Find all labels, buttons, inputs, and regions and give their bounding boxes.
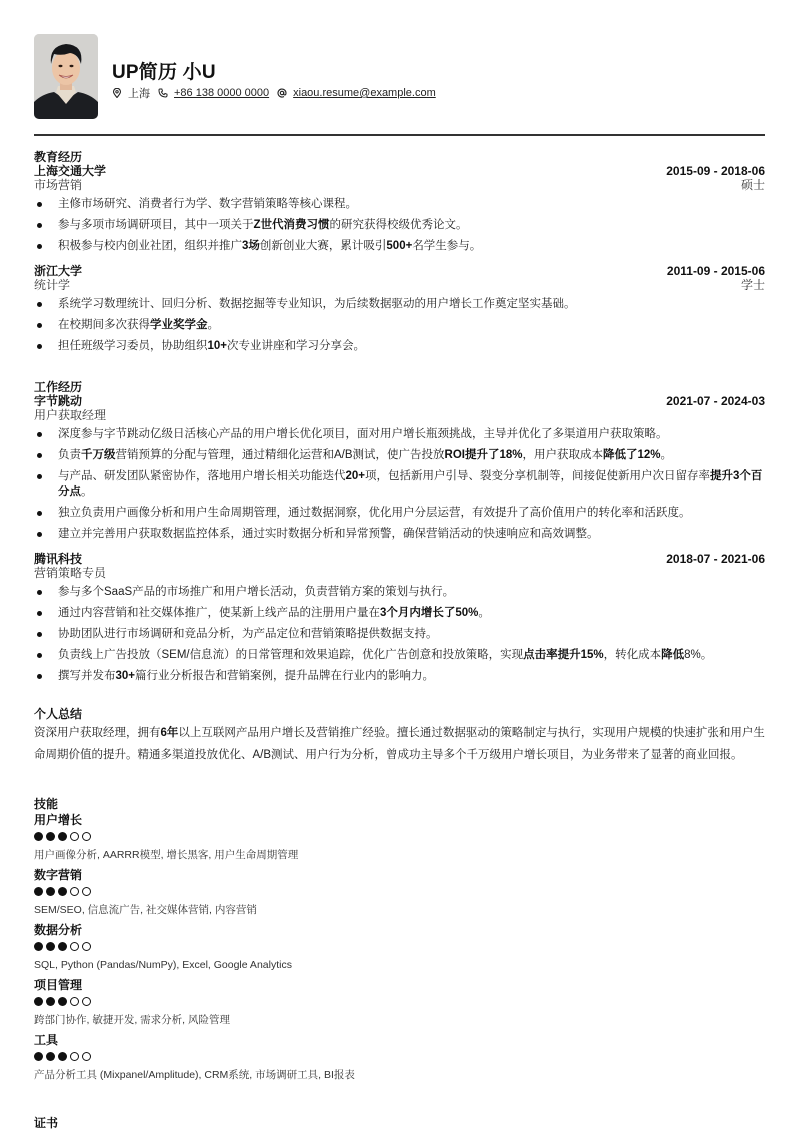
emphasis-text: 500+ bbox=[386, 240, 412, 252]
bullet-item: 负责千万级营销预算的分配与管理，通过精细化运营和A/B测试，使广告投放ROI提升… bbox=[34, 447, 765, 463]
major: 统计学 bbox=[34, 278, 70, 293]
filled-dot-icon bbox=[46, 1052, 55, 1061]
skill-name: 数据分析 bbox=[34, 923, 765, 937]
text-segment: 协助团队进行市场调研和竞品分析，为产品定位和营销策略提供数据支持。 bbox=[58, 628, 438, 640]
work-entry: 腾讯科技 2018-07 - 2021-06 营销策略专员 参与多个SaaS产品… bbox=[34, 552, 765, 684]
text-segment: 。 bbox=[478, 607, 490, 619]
filled-dot-icon bbox=[34, 887, 43, 896]
text-segment: 项，包括新用户引导、裂变分享机制等，间接促使新用户次日留存率 bbox=[365, 470, 710, 482]
bullet-item: 积极参与校内创业社团，组织并推广3场创新创业大赛，累计吸引500+名学生参与。 bbox=[34, 238, 765, 254]
text-segment: 深度参与字节跳动亿级日活核心产品的用户增长优化项目，面对用户增长瓶颈挑战，主导并… bbox=[58, 428, 668, 440]
phone-link[interactable]: +86 138 0000 0000 bbox=[174, 87, 269, 99]
bullet-item: 通过内容营销和社交媒体推广，使某新上线产品的注册用户量在3个月内增长了50%。 bbox=[34, 605, 765, 621]
text-segment: 的研究获得校级优秀论文。 bbox=[330, 219, 468, 231]
education-entry: 上海交通大学 2015-09 - 2018-06 市场营销 硕士 主修市场研究、… bbox=[34, 164, 765, 254]
work-entry: 字节跳动 2021-07 - 2024-03 用户获取经理 深度参与字节跳动亿级… bbox=[34, 394, 765, 542]
map-pin-icon bbox=[112, 88, 122, 98]
empty-dot-icon bbox=[82, 832, 91, 841]
emphasis-text: 千万级 bbox=[81, 449, 116, 461]
education-entry: 浙江大学 2011-09 - 2015-06 统计学 学士 系统学习数理统计、回… bbox=[34, 264, 765, 354]
text-segment: 撰写并发布 bbox=[58, 670, 116, 682]
text-segment: 独立负责用户画像分析和用户生命周期管理，通过数据洞察，优化用户分层运营，有效提升… bbox=[58, 507, 691, 519]
text-segment: ，用户获取成本 bbox=[523, 449, 604, 461]
bullet-item: 负责线上广告投放（SEM/信息流）的日常管理和效果追踪，优化广告创意和投放策略，… bbox=[34, 647, 765, 663]
text-segment: 在校期间多次获得 bbox=[58, 319, 150, 331]
text-segment: 营销预算的分配与管理，通过精细化运营和A/B测试，使广告投放 bbox=[116, 449, 445, 461]
skill-name: 工具 bbox=[34, 1033, 765, 1047]
empty-dot-icon bbox=[70, 832, 79, 841]
email[interactable]: xiaou.resume@example.com bbox=[277, 87, 436, 99]
job-title: 用户获取经理 bbox=[34, 408, 106, 423]
summary-text: 资深用户获取经理，拥有6年以上互联网产品用户增长及营销推广经验。擅长通过数据驱动… bbox=[34, 722, 765, 766]
text-segment: 主修市场研究、消费者行为学、数字营销策略等核心课程。 bbox=[58, 198, 357, 210]
text-segment: 参与多个SaaS产品的市场推广和用户增长活动，负责营销方案的策划与执行。 bbox=[58, 586, 454, 598]
skill-item: 数据分析SQL, Python (Pandas/NumPy), Excel, G… bbox=[34, 923, 765, 972]
bullet-item: 主修市场研究、消费者行为学、数字营销策略等核心课程。 bbox=[34, 196, 765, 212]
emphasis-text: 3场 bbox=[242, 240, 260, 252]
text-segment: 系统学习数理统计、回归分析、数据挖掘等专业知识，为后续数据驱动的用户增长工作奠定… bbox=[58, 298, 576, 310]
filled-dot-icon bbox=[34, 942, 43, 951]
phone-icon bbox=[158, 88, 168, 98]
empty-dot-icon bbox=[82, 1052, 91, 1061]
skill-item: 工具产品分析工具 (Mixpanel/Amplitude), CRM系统, 市场… bbox=[34, 1033, 765, 1082]
emphasis-text: Z世代消费习惯 bbox=[254, 219, 330, 231]
date-range: 2021-07 - 2024-03 bbox=[666, 394, 765, 408]
text-segment: 。 bbox=[208, 319, 220, 331]
candidate-name: UP简历 小U bbox=[112, 57, 216, 84]
company-name: 腾讯科技 bbox=[34, 552, 82, 566]
skill-name: 用户增长 bbox=[34, 813, 765, 827]
emphasis-text: 6年 bbox=[161, 727, 179, 739]
filled-dot-icon bbox=[58, 942, 67, 951]
major: 市场营销 bbox=[34, 178, 82, 193]
job-title: 营销策略专员 bbox=[34, 566, 106, 581]
skill-keywords: SQL, Python (Pandas/NumPy), Excel, Googl… bbox=[34, 958, 765, 972]
company-name: 字节跳动 bbox=[34, 394, 82, 408]
text-segment: 与产品、研发团队紧密协作，落地用户增长相关功能迭代 bbox=[58, 470, 346, 482]
bullet-item: 建立并完善用户获取数据监控体系，通过实时数据分析和异常预警，确保营销活动的快速响… bbox=[34, 526, 765, 542]
emphasis-text: 30+ bbox=[116, 670, 136, 682]
skill-keywords: 用户画像分析, AARRR模型, 增长黑客, 用户生命周期管理 bbox=[34, 848, 765, 862]
section-title-education: 教育经历 bbox=[34, 150, 765, 164]
bullet-item: 与产品、研发团队紧密协作，落地用户增长相关功能迭代20+项，包括新用户引导、裂变… bbox=[34, 468, 765, 500]
location: 上海 bbox=[112, 85, 150, 101]
text-segment: 。 bbox=[81, 486, 93, 498]
section-title-work: 工作经历 bbox=[34, 380, 765, 394]
skill-level-rating bbox=[34, 1052, 765, 1062]
bullet-item: 参与多项市场调研项目，其中一项关于Z世代消费习惯的研究获得校级优秀论文。 bbox=[34, 217, 765, 233]
empty-dot-icon bbox=[82, 997, 91, 1006]
skill-level-rating bbox=[34, 832, 765, 842]
date-range: 2011-09 - 2015-06 bbox=[667, 264, 765, 278]
skill-level-rating bbox=[34, 997, 765, 1007]
date-range: 2018-07 - 2021-06 bbox=[666, 552, 765, 566]
text-segment: 建立并完善用户获取数据监控体系，通过实时数据分析和异常预警，确保营销活动的快速响… bbox=[58, 528, 599, 540]
filled-dot-icon bbox=[34, 997, 43, 1006]
bullet-item: 系统学习数理统计、回归分析、数据挖掘等专业知识，为后续数据驱动的用户增长工作奠定… bbox=[34, 296, 765, 312]
work-section: 工作经历 字节跳动 2021-07 - 2024-03 用户获取经理 深度参与字… bbox=[34, 380, 765, 689]
emphasis-text: 3个月内增长了50% bbox=[380, 607, 478, 619]
section-title-skills: 技能 bbox=[34, 797, 765, 811]
filled-dot-icon bbox=[58, 1052, 67, 1061]
school-name: 浙江大学 bbox=[34, 264, 82, 278]
filled-dot-icon bbox=[34, 832, 43, 841]
skills-list: 用户增长用户画像分析, AARRR模型, 增长黑客, 用户生命周期管理数字营销S… bbox=[34, 813, 765, 1082]
bullet-list: 主修市场研究、消费者行为学、数字营销策略等核心课程。 参与多项市场调研项目，其中… bbox=[34, 196, 765, 254]
degree: 学士 bbox=[741, 278, 765, 293]
skill-keywords: 产品分析工具 (Mixpanel/Amplitude), CRM系统, 市场调研… bbox=[34, 1068, 765, 1082]
contact-info: 上海 +86 138 0000 0000 xiaou.resume@exampl… bbox=[112, 85, 444, 101]
skill-item: 项目管理跨部门协作, 敏捷开发, 需求分析, 风险管理 bbox=[34, 978, 765, 1027]
bullet-list: 深度参与字节跳动亿级日活核心产品的用户增长优化项目，面对用户增长瓶颈挑战，主导并… bbox=[34, 426, 765, 542]
filled-dot-icon bbox=[46, 997, 55, 1006]
education-section: 教育经历 上海交通大学 2015-09 - 2018-06 市场营销 硕士 主修… bbox=[34, 150, 765, 359]
text-segment: 通过内容营销和社交媒体推广，使某新上线产品的注册用户量在 bbox=[58, 607, 380, 619]
section-title-summary: 个人总结 bbox=[34, 707, 765, 721]
bullet-list: 参与多个SaaS产品的市场推广和用户增长活动，负责营销方案的策划与执行。 通过内… bbox=[34, 584, 765, 684]
bullet-item: 在校期间多次获得学业奖学金。 bbox=[34, 317, 765, 333]
text-segment: 次专业讲座和学习分享会。 bbox=[227, 340, 365, 352]
skill-keywords: 跨部门协作, 敏捷开发, 需求分析, 风险管理 bbox=[34, 1013, 765, 1027]
section-title-certificates: 证书 bbox=[34, 1116, 765, 1130]
text-segment: 参与多项市场调研项目，其中一项关于 bbox=[58, 219, 254, 231]
bullet-item: 担任班级学习委员，协助组织10+次专业讲座和学习分享会。 bbox=[34, 338, 765, 354]
text-segment: 。 bbox=[661, 449, 673, 461]
skill-name: 项目管理 bbox=[34, 978, 765, 992]
skills-section: 技能 用户增长用户画像分析, AARRR模型, 增长黑客, 用户生命周期管理数字… bbox=[34, 797, 765, 1082]
text-segment: 负责 bbox=[58, 449, 81, 461]
header-divider bbox=[34, 134, 765, 136]
summary-section: 个人总结 资深用户获取经理，拥有6年以上互联网产品用户增长及营销推广经验。擅长通… bbox=[34, 707, 765, 766]
degree: 硕士 bbox=[741, 178, 765, 193]
empty-dot-icon bbox=[70, 997, 79, 1006]
empty-dot-icon bbox=[82, 887, 91, 896]
text-segment: 篇行业分析报告和营销案例，提升品牌在行业内的影响力。 bbox=[135, 670, 434, 682]
resume-page: UP简历 小U 上海 +86 138 0000 0000 bbox=[34, 0, 765, 134]
text-segment: 担任班级学习委员，协助组织 bbox=[58, 340, 208, 352]
school-name: 上海交通大学 bbox=[34, 164, 106, 178]
empty-dot-icon bbox=[70, 942, 79, 951]
text-segment: 创新创业大赛，累计吸引 bbox=[260, 240, 387, 252]
text-segment: 名学生参与。 bbox=[412, 240, 481, 252]
emphasis-text: ROI提升了18% bbox=[445, 449, 523, 461]
skill-keywords: SEM/SEO, 信息流广告, 社交媒体营销, 内容营销 bbox=[34, 903, 765, 917]
empty-dot-icon bbox=[70, 1052, 79, 1061]
emphasis-text: 学业奖学金 bbox=[150, 319, 208, 331]
bullet-item: 协助团队进行市场调研和竞品分析，为产品定位和营销策略提供数据支持。 bbox=[34, 626, 765, 642]
date-range: 2015-09 - 2018-06 bbox=[666, 164, 765, 178]
skill-name: 数字营销 bbox=[34, 868, 765, 882]
filled-dot-icon bbox=[46, 832, 55, 841]
filled-dot-icon bbox=[58, 887, 67, 896]
skill-item: 数字营销SEM/SEO, 信息流广告, 社交媒体营销, 内容营销 bbox=[34, 868, 765, 917]
skill-level-rating bbox=[34, 942, 765, 952]
skill-level-rating bbox=[34, 887, 765, 897]
text-segment: 积极参与校内创业社团，组织并推广 bbox=[58, 240, 242, 252]
at-sign-icon bbox=[277, 88, 287, 98]
empty-dot-icon bbox=[82, 942, 91, 951]
bullet-item: 撰写并发布30+篇行业分析报告和营销案例，提升品牌在行业内的影响力。 bbox=[34, 668, 765, 684]
bullet-item: 独立负责用户画像分析和用户生命周期管理，通过数据洞察，优化用户分层运营，有效提升… bbox=[34, 505, 765, 521]
text-segment: ，转化成本 bbox=[604, 649, 662, 661]
text-segment: 8%。 bbox=[684, 649, 712, 661]
phone[interactable]: +86 138 0000 0000 bbox=[158, 87, 269, 99]
emphasis-text: 点击率提升15% bbox=[523, 649, 604, 661]
filled-dot-icon bbox=[46, 942, 55, 951]
filled-dot-icon bbox=[46, 887, 55, 896]
filled-dot-icon bbox=[58, 832, 67, 841]
emphasis-text: 降低了12% bbox=[603, 449, 661, 461]
bullet-item: 参与多个SaaS产品的市场推广和用户增长活动，负责营销方案的策划与执行。 bbox=[34, 584, 765, 600]
profile-photo bbox=[34, 34, 98, 119]
text-segment: 资深用户获取经理，拥有 bbox=[34, 727, 161, 739]
filled-dot-icon bbox=[58, 997, 67, 1006]
resume-header: UP简历 小U 上海 +86 138 0000 0000 bbox=[34, 0, 765, 134]
skill-item: 用户增长用户画像分析, AARRR模型, 增长黑客, 用户生命周期管理 bbox=[34, 813, 765, 862]
text-segment: 负责线上广告投放（SEM/信息流）的日常管理和效果追踪，优化广告创意和投放策略，… bbox=[58, 649, 523, 661]
location-text: 上海 bbox=[128, 85, 150, 101]
bullet-list: 系统学习数理统计、回归分析、数据挖掘等专业知识，为后续数据驱动的用户增长工作奠定… bbox=[34, 296, 765, 354]
filled-dot-icon bbox=[34, 1052, 43, 1061]
emphasis-text: 降低 bbox=[661, 649, 684, 661]
empty-dot-icon bbox=[70, 887, 79, 896]
emphasis-text: 20+ bbox=[346, 470, 366, 482]
email-link[interactable]: xiaou.resume@example.com bbox=[293, 87, 436, 99]
bullet-item: 深度参与字节跳动亿级日活核心产品的用户增长优化项目，面对用户增长瓶颈挑战，主导并… bbox=[34, 426, 765, 442]
certificates-section: 证书 bbox=[34, 1116, 765, 1130]
emphasis-text: 10+ bbox=[208, 340, 228, 352]
